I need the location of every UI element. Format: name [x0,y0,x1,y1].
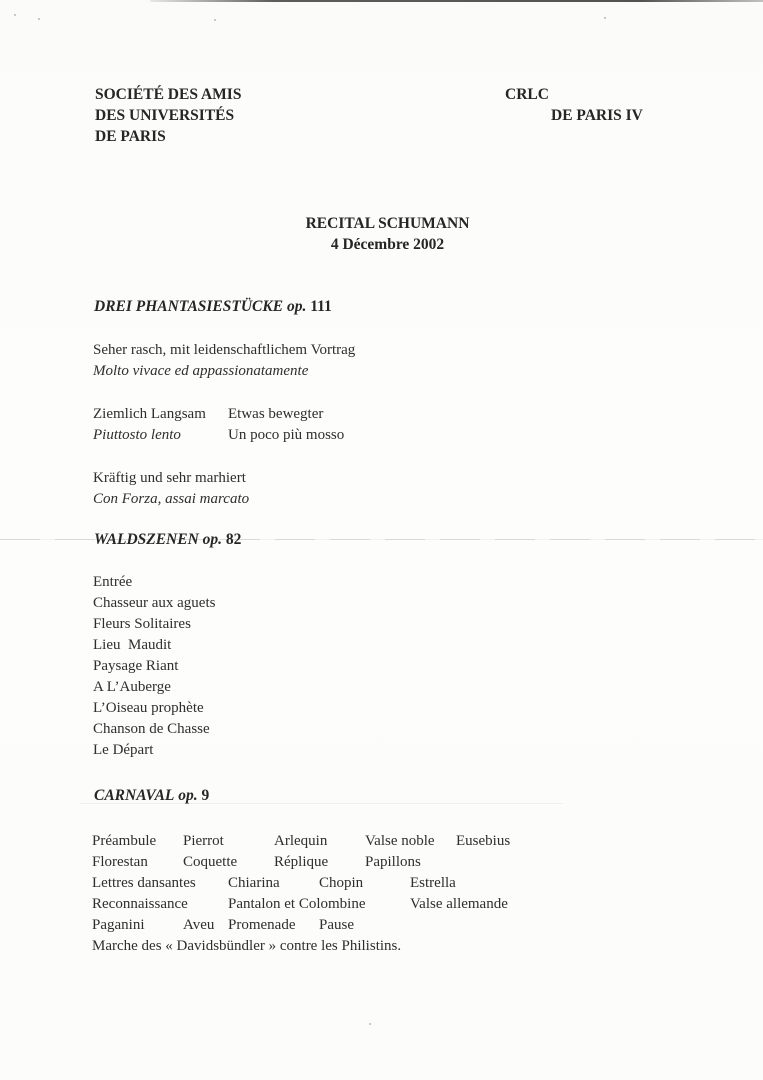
scan-speck [38,18,40,20]
scan-speck [14,14,16,16]
carnaval-piece: Florestan [92,852,148,873]
recital-title-block: RECITAL SCHUMANN 4 Décembre 2002 [0,213,763,255]
list-item: Le Départ [93,740,215,761]
movement-2-german: Ziemlich Langsam [93,404,206,425]
section-heading-phantasiestucke: DREI PHANTASIESTÜCKE op. 111 [94,298,332,316]
carnaval-piece: Chopin [319,873,363,894]
list-item: Fleurs Solitaires [93,614,215,635]
opus-number: 82 [226,531,242,548]
list-item: Paysage Riant [93,656,215,677]
carnaval-piece: Préambule [92,831,156,852]
list-item: Chasseur aux aguets [93,593,215,614]
work-title: WALDSZENEN [94,531,199,548]
scanned-page: SOCIÉTÉ DES AMIS DES UNIVERSITÉS DE PARI… [0,0,763,1080]
work-title: DREI PHANTASIESTÜCKE [94,298,283,315]
waldszenen-piece-list: Entrée Chasseur aux aguets Fleurs Solita… [93,572,215,761]
movement-2-italian: Piuttosto lento [93,425,181,446]
movement-1-german: Seher rasch, mit leidenschaftlichem Vort… [93,340,355,361]
carnaval-piece: Reconnaissance [92,894,188,915]
carnaval-piece: Estrella [410,873,456,894]
opus-abbr: op. [178,787,197,804]
carnaval-piece: Réplique [274,852,328,873]
carnaval-piece: Coquette [183,852,237,873]
movement-2-german-alt: Etwas bewegter [228,404,323,425]
list-item: Chanson de Chasse [93,719,215,740]
opus-abbr: op. [203,531,222,548]
scan-speck [604,17,606,19]
carnaval-piece: Eusebius [456,831,510,852]
scan-top-edge [150,0,763,2]
opus-number: 111 [310,298,332,315]
organization-header-right-line-2: DE PARIS IV [551,105,643,126]
carnaval-piece: Pantalon et Colombine [228,894,365,915]
list-item: L’Oiseau prophète [93,698,215,719]
scan-speck [369,1023,371,1025]
carnaval-piece: Aveu [183,915,214,936]
header-left-line: DES UNIVERSITÉS [95,105,241,126]
carnaval-piece: Papillons [365,852,421,873]
carnaval-piece: Valse allemande [410,894,508,915]
movement-1-italian: Molto vivace ed appassionatamente [93,361,308,382]
section-heading-waldszenen: WALDSZENEN op. 82 [94,531,241,549]
carnaval-piece: Pierrot [183,831,224,852]
carnaval-piece: Arlequin [274,831,327,852]
carnaval-piece: Promenade [228,915,295,936]
list-item: A L’Auberge [93,677,215,698]
list-item: Lieu Maudit [93,635,215,656]
carnaval-piece: Valse noble [365,831,435,852]
header-left-line: SOCIÉTÉ DES AMIS [95,84,241,105]
organization-header-right-line-1: CRLC [505,84,549,105]
work-title: CARNAVAL [94,787,174,804]
carnaval-piece: Lettres dansantes [92,873,196,894]
section-heading-carnaval: CARNAVAL op. 9 [94,787,209,805]
movement-2-italian-alt: Un poco più mosso [228,425,344,446]
organization-header-left: SOCIÉTÉ DES AMIS DES UNIVERSITÉS DE PARI… [95,84,241,147]
recital-date: 4 Décembre 2002 [0,234,763,255]
opus-abbr: op. [287,298,306,315]
carnaval-piece: Chiarina [228,873,280,894]
header-left-line: DE PARIS [95,126,241,147]
carnaval-piece-finale: Marche des « Davidsbündler » contre les … [92,936,401,957]
recital-title: RECITAL SCHUMANN [0,213,763,234]
carnaval-piece: Pause [319,915,354,936]
list-item: Entrée [93,572,215,593]
movement-3-german: Kräftig und sehr marhiert [93,468,246,489]
scan-speck [214,19,216,21]
movement-3-italian: Con Forza, assai marcato [93,489,249,510]
carnaval-piece: Paganini [92,915,145,936]
opus-number: 9 [202,787,210,804]
